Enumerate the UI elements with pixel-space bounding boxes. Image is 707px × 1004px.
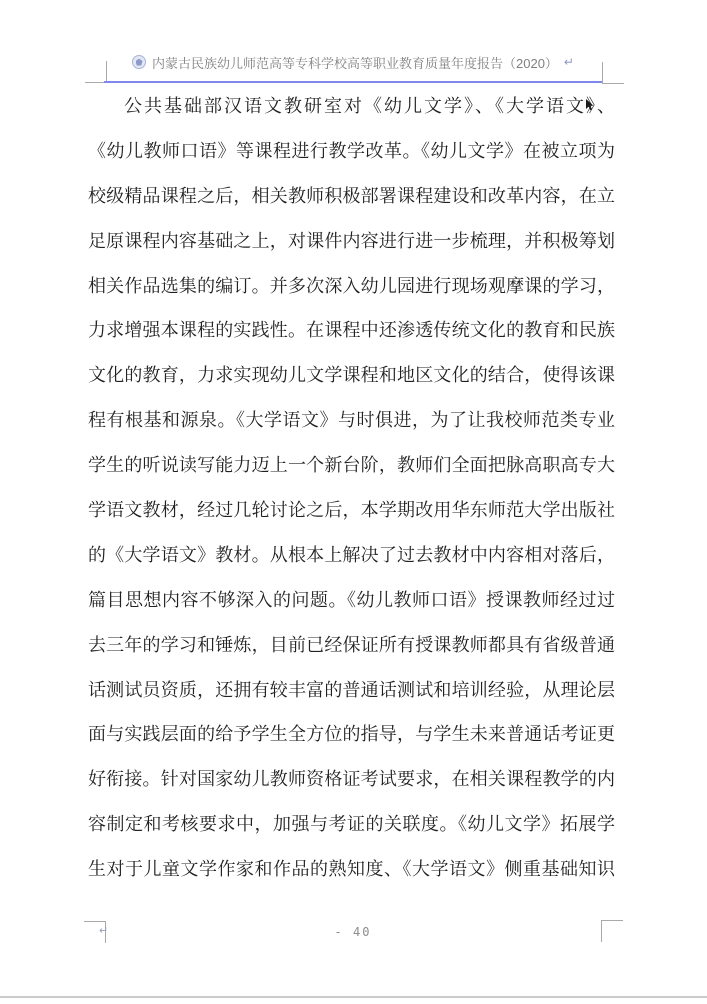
text-line[interactable]: 力求增强本课程的实践性。在课程中还渗透传统文化的教育和民族 <box>88 308 615 353</box>
text-line[interactable]: 学生的听说读写能力迈上一个新台阶，教师们全面把脉高职高专大 <box>88 443 615 488</box>
text-line[interactable]: 篇目思想内容不够深入的问题。《幼儿教师口语》授课教师经过过 <box>88 578 615 623</box>
text-line[interactable]: 足原课程内容基础之上，对课件内容进行进一步梳理，并积极筹划 <box>88 219 615 264</box>
text-line[interactable]: 面与实践层面的给予学生全方位的指导，与学生未来普通话考证更 <box>88 712 615 757</box>
page-header: 内蒙古民族幼儿师范高等专科学校高等职业教育质量年度报告（2020） ↵ <box>104 50 602 74</box>
text-line[interactable]: 的《大学语文》教材。从根本上解决了过去教材中内容相对落后， <box>88 533 615 578</box>
document-page: { "page": { "background_color": "#ffffff… <box>0 0 707 1004</box>
text-line[interactable]: 文化的教育，力求实现幼儿文学课程和地区文化的结合，使得该课 <box>88 353 615 398</box>
text-line[interactable]: 去三年的学习和锤炼，目前已经保证所有授课教师都具有省级普通 <box>88 623 615 668</box>
text-line[interactable]: 相关作品选集的编订。并多次深入幼儿园进行现场观摩课的学习， <box>88 264 615 309</box>
crop-mark-top-right <box>602 62 624 84</box>
text-line[interactable]: 话测试员资质，还拥有较丰富的普通话测试和培训经验，从理论层 <box>88 668 615 713</box>
text-line[interactable]: 容制定和考核要求中，加强与考证的关联度。《幼儿文学》拓展学 <box>88 802 615 847</box>
crop-mark-bottom-right <box>601 920 623 942</box>
text-line[interactable]: 程有根基和源泉。《大学语文》与时俱进，为了让我校师范类专业 <box>88 398 615 443</box>
text-line[interactable]: 公共基础部汉语文教研室对《幼儿文学》、《大学语文》、 <box>88 84 615 129</box>
body-paragraph[interactable]: 公共基础部汉语文教研室对《幼儿文学》、《大学语文》、 《幼儿教师口语》等课程进行… <box>88 84 615 892</box>
text-line[interactable]: 《幼儿教师口语》等课程进行教学改革。《幼儿文学》在被立项为 <box>88 129 615 174</box>
text-line[interactable]: 校级精品课程之后，相关教师积极部署课程建设和改革内容，在立 <box>88 174 615 219</box>
text-line[interactable]: 学语文教材，经过几轮讨论之后，本学期改用华东师范大学出版社 <box>88 488 615 533</box>
school-badge-icon <box>132 55 146 69</box>
header-title: 内蒙古民族幼儿师范高等专科学校高等职业教育质量年度报告（2020） <box>152 53 558 72</box>
paragraph-mark-icon: ↵ <box>564 55 574 69</box>
header-underline <box>104 81 602 83</box>
page-bottom-edge <box>0 996 707 998</box>
mouse-cursor-icon <box>586 99 595 111</box>
pentagon-emblem-icon <box>136 59 143 66</box>
text-line[interactable]: 生对于儿童文学作家和作品的熟知度、《大学语文》侧重基础知识 <box>88 847 615 892</box>
footer-page-number: - 40 <box>104 925 602 939</box>
text-line[interactable]: 好衔接。针对国家幼儿教师资格证考试要求，在相关课程教学的内 <box>88 757 615 802</box>
